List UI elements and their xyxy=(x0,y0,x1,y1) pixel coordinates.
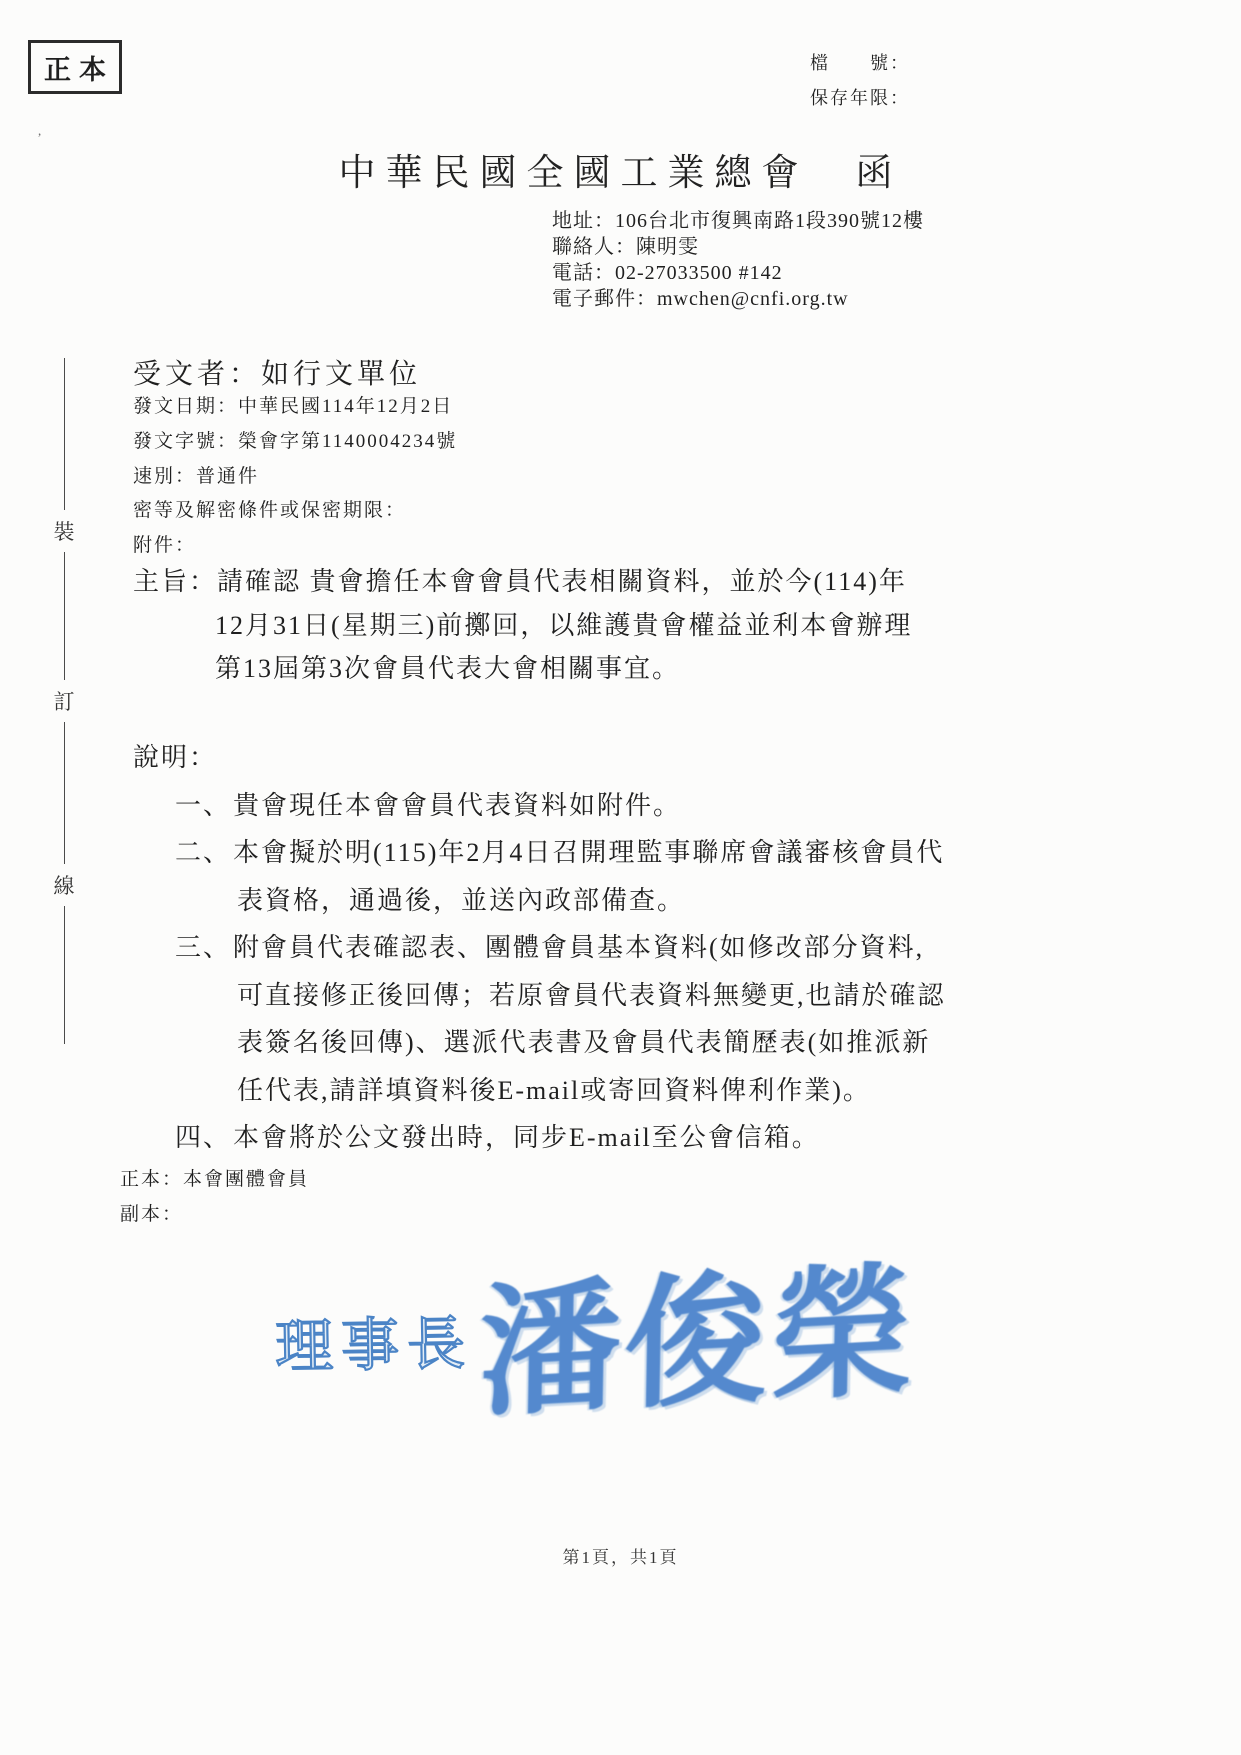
item-1-text: 貴會現任本會會員代表資料如附件。 xyxy=(233,791,681,820)
sender-phone: 電話：02-27033500 #142 xyxy=(552,260,924,286)
binding-mark-ding: 訂 xyxy=(54,680,75,722)
sender-info: 地址：106台北市復興南路1段390號12樓 聯絡人：陳明雯 電話：02-270… xyxy=(552,208,924,312)
subject-label: 主旨： xyxy=(133,567,217,596)
issue-date: 發文日期：中華民國114年12月2日 xyxy=(133,390,457,425)
sender-email: 電子郵件：mwchen@cnfi.org.tw xyxy=(552,286,924,312)
document-page: 正本 檔 號： 保存年限： 中華民國全國工業總會 函 地址：106台北市復興南路… xyxy=(0,0,1241,1755)
chairman-signature-stamp: 潘俊榮 xyxy=(478,1216,919,1443)
document-meta: 發文日期：中華民國114年12月2日 發文字號：榮會字第1140004234號 … xyxy=(133,390,457,564)
speed-class: 速別：普通件 xyxy=(133,460,457,495)
item-3-text-2: 可直接修正後回傳；若原會員代表資料無變更,也請於確認 xyxy=(237,972,1093,1020)
chairman-title-stamp: 理事長 xyxy=(274,1296,473,1383)
subject-line-1: 主旨：請確認 貴會擔任本會會員代表相關資料，並於今(114)年 xyxy=(133,560,1073,604)
explanation-section: 說明： 一、貴會現任本會會員代表資料如附件。 二、本會擬於明(115)年2月4日… xyxy=(133,734,1093,1162)
item-2-number: 二、 xyxy=(175,838,231,867)
item-1-number: 一、 xyxy=(175,791,231,820)
file-number-block: 檔 號： 保存年限： xyxy=(810,46,910,116)
subject-line-2: 12月31日(星期三)前擲回，以維護貴會權益並利本會辦理 xyxy=(215,604,1073,648)
sender-contact: 聯絡人：陳明雯 xyxy=(552,234,924,260)
binding-line-segment xyxy=(64,722,65,864)
binding-mark-zhuang: 裝 xyxy=(54,510,75,552)
distribution-copy: 副本： xyxy=(120,1197,309,1232)
scan-speck: , xyxy=(38,123,41,139)
item-2-text-1: 本會擬於明(115)年2月4日召開理監事聯席會議審核會員代 xyxy=(233,838,944,867)
distribution-original: 正本：本會團體會員 xyxy=(120,1162,309,1197)
binding-mark-xian: 線 xyxy=(54,864,75,906)
item-3-text-4: 任代表,請詳填資料後E-mail或寄回資料俾利作業)。 xyxy=(237,1067,1093,1115)
copy-type-box: 正本 xyxy=(28,40,122,94)
document-title: 中華民國全國工業總會 函 xyxy=(0,142,1241,196)
attachment-label: 附件： xyxy=(133,529,457,564)
binding-line-segment xyxy=(64,358,65,510)
subject-section: 主旨：請確認 貴會擔任本會會員代表相關資料，並於今(114)年 12月31日(星… xyxy=(133,560,1073,691)
retention-period-label: 保存年限： xyxy=(810,81,910,116)
item-4-number: 四、 xyxy=(175,1123,231,1152)
explanation-item-1: 一、貴會現任本會會員代表資料如附件。 xyxy=(175,782,1093,830)
recipient-line: 受文者：如行文單位 xyxy=(133,352,421,392)
binding-line-marks: 裝 訂 線 xyxy=(52,358,76,1054)
explanation-item-3: 三、附會員代表確認表、團體會員基本資料(如修改部分資料, xyxy=(175,924,1093,972)
subject-line-3: 第13屆第3次會員代表大會相關事宜。 xyxy=(215,647,1073,691)
item-3-number: 三、 xyxy=(175,933,231,962)
page-footer: 第1頁，共1頁 xyxy=(0,1543,1241,1568)
explanation-item-2: 二、本會擬於明(115)年2月4日召開理監事聯席會議審核會員代 xyxy=(175,829,1093,877)
subject-text-1: 請確認 貴會擔任本會會員代表相關資料，並於今(114)年 xyxy=(217,567,907,596)
explanation-label: 說明： xyxy=(133,734,1093,782)
item-2-text-2: 表資格，通過後，並送內政部備查。 xyxy=(237,877,1093,925)
issue-number: 發文字號：榮會字第1140004234號 xyxy=(133,425,457,460)
copy-type-label: 正本 xyxy=(44,48,114,87)
file-number-label: 檔 號： xyxy=(810,46,910,81)
security-class: 密等及解密條件或保密期限： xyxy=(133,494,457,529)
binding-line-segment xyxy=(64,906,65,1044)
item-3-text-3: 表簽名後回傳)、選派代表書及會員代表簡歷表(如推派新 xyxy=(237,1019,1093,1067)
signature-area: 理事長 潘俊榮 xyxy=(275,1245,895,1415)
binding-line-segment xyxy=(64,552,65,680)
sender-address: 地址：106台北市復興南路1段390號12樓 xyxy=(552,208,924,234)
item-3-text-1: 附會員代表確認表、團體會員基本資料(如修改部分資料, xyxy=(233,933,924,962)
explanation-item-4: 四、本會將於公文發出時，同步E-mail至公會信箱。 xyxy=(175,1114,1093,1162)
distribution-section: 正本：本會團體會員 副本： xyxy=(120,1162,309,1232)
item-4-text: 本會將於公文發出時，同步E-mail至公會信箱。 xyxy=(233,1123,820,1152)
